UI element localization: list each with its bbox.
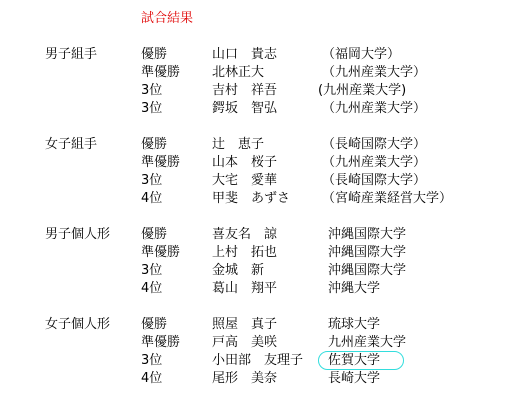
athlete-name: 上村 拓也 [212,244,277,262]
section-womens-kumite: 女子組手 優勝 辻 恵子 （長崎国際大学） 準優勝 山本 桜子 （九州産業大学）… [0,136,532,208]
school: 長崎大学 [328,370,380,388]
result-row: 女子組手 優勝 辻 恵子 （長崎国際大学） [0,136,532,154]
result-row: 4位 尾形 美奈 長崎大学 [0,370,532,388]
rank: 3位 [141,100,162,118]
rank: 優勝 [141,46,167,64]
category-label: 女子組手 [45,136,97,154]
category-label: 女子個人形 [45,316,110,334]
school: 沖縄国際大学 [328,244,406,262]
athlete-name: 鍔坂 智弘 [212,100,277,118]
school: 沖縄大学 [328,280,380,298]
result-row: 3位 吉村 祥吾 (九州産業大学) [0,82,532,100]
rank: 優勝 [141,136,167,154]
school: （福岡大学） [322,46,400,64]
athlete-name: 辻 恵子 [212,136,264,154]
school: 沖縄国際大学 [328,262,406,280]
section-mens-kumite: 男子組手 優勝 山口 貴志 （福岡大学） 準優勝 北林正大 （九州産業大学） 3… [0,46,532,118]
athlete-name: 山口 貴志 [212,46,277,64]
rank: 準優勝 [141,154,180,172]
athlete-name: 小田部 友理子 [212,352,303,370]
section-mens-kata: 男子個人形 優勝 喜友名 諒 沖縄国際大学 準優勝 上村 拓也 沖縄国際大学 3… [0,226,532,298]
section-womens-kata: 女子個人形 優勝 照屋 真子 琉球大学 準優勝 戸高 美咲 九州産業大学 3位 … [0,316,532,388]
athlete-name: 喜友名 諒 [212,226,277,244]
school: （長崎国際大学） [322,172,426,190]
athlete-name: 金城 新 [212,262,264,280]
result-row: 男子組手 優勝 山口 貴志 （福岡大学） [0,46,532,64]
school: （九州産業大学） [322,154,426,172]
result-row: 4位 葛山 翔平 沖縄大学 [0,280,532,298]
rank: 優勝 [141,226,167,244]
school: （長崎国際大学） [322,136,426,154]
school: 琉球大学 [328,316,380,334]
athlete-name: 大宅 愛華 [212,172,277,190]
athlete-name: 山本 桜子 [212,154,277,172]
athlete-name: 照屋 真子 [212,316,277,334]
result-row: 4位 甲斐 あずさ （宮崎産業経営大学） [0,190,532,208]
school: (九州産業大学) [318,82,406,100]
rank: 準優勝 [141,244,180,262]
athlete-name: 尾形 美奈 [212,370,277,388]
athlete-name: 吉村 祥吾 [212,82,277,100]
category-label: 男子個人形 [45,226,110,244]
school: 九州産業大学 [328,334,406,352]
page-title: 試合結果 [141,10,193,28]
rank: 準優勝 [141,64,180,82]
result-row: 準優勝 北林正大 （九州産業大学） [0,64,532,82]
result-row: 3位 小田部 友理子 佐賀大学 [0,352,532,370]
result-row: 3位 金城 新 沖縄国際大学 [0,262,532,280]
result-row: 女子個人形 優勝 照屋 真子 琉球大学 [0,316,532,334]
rank: 4位 [141,190,162,208]
school: （九州産業大学） [322,64,426,82]
school: （宮崎産業経営大学） [322,190,452,208]
result-row: 3位 大宅 愛華 （長崎国際大学） [0,172,532,190]
result-row: 準優勝 戸高 美咲 九州産業大学 [0,334,532,352]
rank: 3位 [141,352,162,370]
rank: 3位 [141,82,162,100]
result-row: 準優勝 山本 桜子 （九州産業大学） [0,154,532,172]
rank: 3位 [141,262,162,280]
rank: 4位 [141,280,162,298]
rank: 4位 [141,370,162,388]
athlete-name: 北林正大 [212,64,264,82]
category-label: 男子組手 [45,46,97,64]
athlete-name: 甲斐 あずさ [212,190,290,208]
result-row: 準優勝 上村 拓也 沖縄国際大学 [0,244,532,262]
rank: 優勝 [141,316,167,334]
result-row: 3位 鍔坂 智弘 （九州産業大学） [0,100,532,118]
athlete-name: 戸高 美咲 [212,334,277,352]
school: 沖縄国際大学 [328,226,406,244]
highlight-oval-annotation [318,351,404,370]
result-row: 男子個人形 優勝 喜友名 諒 沖縄国際大学 [0,226,532,244]
athlete-name: 葛山 翔平 [212,280,277,298]
rank: 3位 [141,172,162,190]
school: （九州産業大学） [322,100,426,118]
rank: 準優勝 [141,334,180,352]
